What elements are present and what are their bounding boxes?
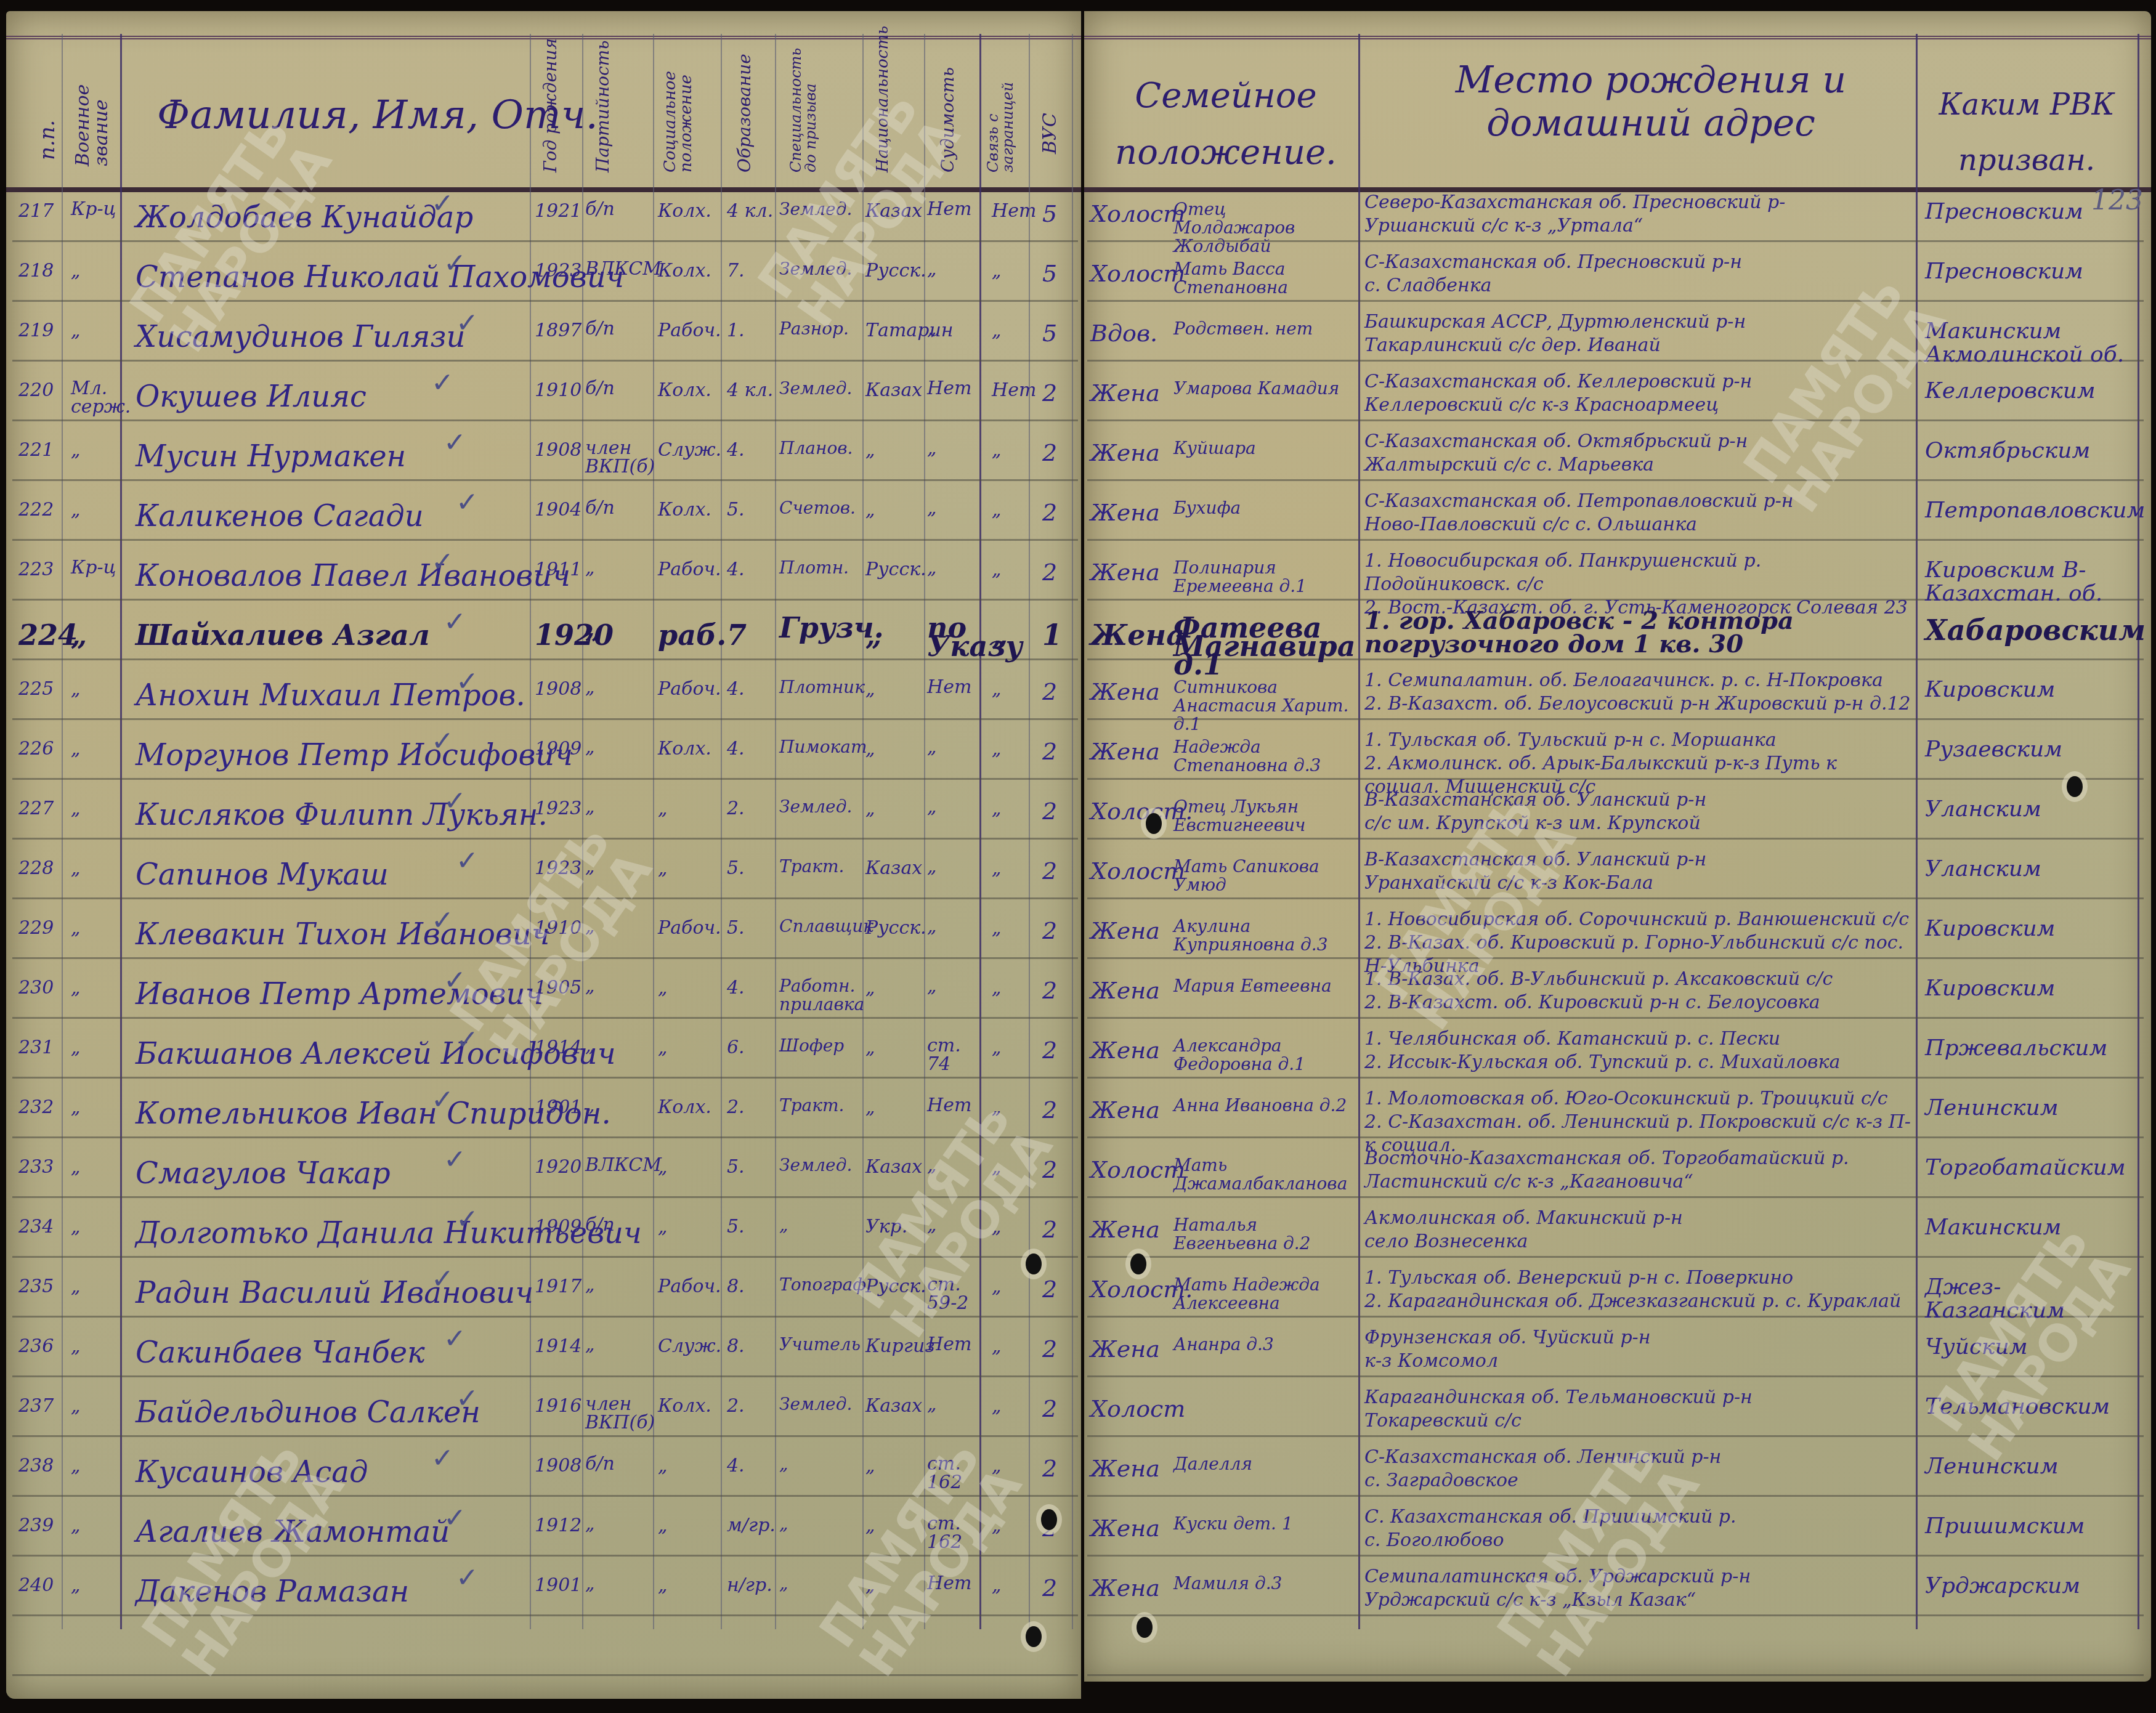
address-line: 1. В-Казах. об. В-Ульбинский р. Аксаковс… [1364,968,1913,991]
row-rule [1087,1495,2144,1497]
cell-conv: ст. 59-2 [927,1276,989,1313]
cell-abroad: „ [992,917,1002,939]
cell-party: „ [585,798,647,816]
cell-conv: Нет [927,200,989,219]
cell-conv: „ [927,798,989,816]
cell-abroad: „ [992,977,1002,998]
cell-family: Жена [1090,559,1160,586]
cell-num: 234 [18,1216,54,1237]
checkmark-icon: ✓ [431,1084,454,1116]
checkmark-icon: ✓ [431,726,454,757]
punch-hole [1026,1626,1042,1647]
cell-edu: 2. [727,798,745,819]
cell-edu: 4. [727,738,745,759]
row-rule [12,539,1078,541]
cell-name: Кусаинов Асад [136,1455,368,1489]
cell-relative: Полинария Еремеевна д.1 [1173,559,1352,596]
checkmark-icon: ✓ [456,1204,479,1235]
cell-rvk: Чуйским [1925,1335,2134,1359]
header-education: Образование [736,37,753,172]
header-abroad: Связь с заграницей [986,37,1015,172]
cell-address: 1. гор. Хабаровск - 2 конторапогрузочног… [1364,609,1913,656]
cell-relative: Мамиля д.3 [1173,1574,1352,1593]
checkmark-icon: ✓ [431,905,454,936]
row-rule [1087,1614,2144,1616]
row-rule [12,1435,1078,1437]
cell-nat: Казах [865,379,922,401]
checkmark-icon: ✓ [431,188,454,219]
row-rule [1087,539,2144,541]
cell-social: „ [658,798,668,819]
cell-rvk: Хабаровским [1925,618,2134,642]
cell-party: „ [585,1276,647,1294]
cell-conv: Нет [927,379,989,398]
cell-family: Вдов. [1090,320,1157,347]
cell-year: 1921 [535,200,582,222]
cell-year: 1910 [535,917,582,939]
cell-abroad: Нет [992,200,1036,222]
address-line: 1. Семипалатин. об. Белоагачинск. р. с. … [1364,669,1913,692]
cell-family: Жена [1090,618,1185,652]
cell-conv: Нет [927,678,989,697]
cell-abroad: „ [992,1216,1002,1237]
punch-hole [1041,1509,1057,1530]
row-rule [12,1375,1078,1377]
address-line: С-Казахстанская об. Петропавловский р-н [1364,490,1913,513]
cell-rvk: Келлеровским [1925,379,2134,403]
cell-spec: Землед. [779,379,859,398]
cell-vus: 2 [1042,1335,1057,1363]
cell-rank: „ [71,1395,81,1417]
cell-social: „ [658,1037,668,1058]
cell-nat: Русск. [865,559,926,580]
cell-party: ВЛКСМ [585,1156,647,1175]
header-party: Партийность [594,37,612,172]
cell-rank: „ [71,917,81,939]
cell-nat: Русск. [865,1276,926,1297]
checkmark-icon: ✓ [444,1323,466,1355]
cell-rvk: Уланским [1925,857,2134,881]
address-line: 1. Новосибирская об. Сорочинский р. Ваню… [1364,908,1913,931]
cell-year: 1923 [535,798,582,819]
column-rule [721,34,722,1629]
cell-name: Моргунов Петр Иосифович [136,738,573,772]
cell-num: 225 [18,678,54,700]
cell-family: Жена [1090,439,1160,466]
header-rank: Военное звание [74,43,111,166]
address-line: С-Казахстанская об. Ленинский р-н [1364,1446,1913,1469]
cell-nat: „ [865,439,875,461]
cell-year: 1916 [535,1395,582,1417]
cell-name: Жолдобаев Кунайдар [136,200,473,235]
row-rule [12,658,1078,660]
cell-social: Служ. [658,439,721,461]
checkmark-icon: ✓ [456,1562,479,1594]
cell-social: Служ. [658,1335,721,1357]
checkmark-icon: ✓ [456,1383,479,1414]
cell-num: 219 [18,320,54,341]
cell-spec: „ [779,1574,859,1593]
cell-abroad: „ [992,1515,1002,1536]
cell-num: 230 [18,977,54,998]
cell-family: Жена [1090,1216,1160,1243]
cell-nat: Русск. [865,260,926,281]
cell-num: 239 [18,1515,54,1536]
cell-name: Клевакин Тихон Иванович [136,917,550,952]
row-rule [12,1674,1078,1676]
cell-edu: 2. [727,1096,745,1118]
cell-party: „ [585,977,647,995]
cell-nat: „ [865,678,875,700]
cell-rvk: Петропавловским [1925,499,2134,522]
cell-conv: „ [927,499,989,517]
cell-address: С-Казахстанская об. Пресновский р-нс. Сл… [1364,251,1913,298]
cell-party: „ [585,1037,647,1055]
cell-address: 1. Тульская об. Венерский р-н с. Поверки… [1364,1266,1913,1313]
cell-spec: Землед. [779,1156,859,1175]
cell-party: „ [585,738,647,756]
cell-spec: Грузч. [779,618,859,637]
cell-abroad: „ [992,678,1002,700]
cell-num: 220 [18,379,54,401]
row-rule [1087,897,2144,899]
cell-abroad: „ [992,1037,1002,1058]
address-line: с. Заградовское [1364,1469,1913,1492]
cell-spec: Плотн. [779,559,859,577]
cell-social: „ [658,1455,668,1476]
cell-num: 233 [18,1156,54,1178]
cell-family: Холост [1090,260,1185,287]
cell-nat: Казах [865,1156,922,1178]
address-line: Жалтырский с/с с. Марьевка [1364,453,1913,477]
cell-family: Холост [1090,857,1185,885]
cell-spec: Землед. [779,200,859,219]
cell-year: 1923 [535,857,582,879]
cell-rank: „ [71,439,81,461]
cell-relative: Мать Васса Степановна [1173,260,1352,297]
cell-abroad: „ [992,1156,1002,1178]
cell-year: 1905 [535,977,582,998]
cell-num: 221 [18,439,54,461]
cell-party: член ВКП(б) [585,439,647,476]
header-rvk: Каким РВК призван. [1922,77,2131,188]
cell-relative: Куйшара [1173,439,1352,458]
row-rule [12,1495,1078,1497]
address-line: Ластинский с/с к-з „Кагановича“ [1364,1170,1913,1194]
address-line: Келлеровский с/с к-з Красноармеец [1364,394,1913,417]
cell-family: Жена [1090,1037,1160,1064]
cell-vus: 2 [1042,1156,1057,1183]
cell-edu: 1. [727,320,745,341]
cell-relative: Акулина Куприяновна д.3 [1173,917,1352,954]
address-line: Уранхайский с/с к-з Кок-Бала [1364,872,1913,895]
cell-year: 1923 [535,260,582,281]
address-line: Такарлинский с/с дер. Иванай [1364,334,1913,357]
cell-vus: 2 [1042,1216,1057,1243]
cell-name: Агалиев Жамонтай [136,1515,450,1549]
cell-rvk: Пришимским [1925,1515,2134,1538]
cell-conv: „ [927,559,989,577]
checkmark-icon: ✓ [456,845,479,877]
cell-vus: 1 [1042,618,1062,652]
cell-rank: „ [71,1515,81,1536]
cell-family: Жена [1090,1335,1160,1363]
cell-name: Смагулов Чакар [136,1156,391,1191]
cell-nat: „ [865,977,875,998]
cell-name: Коновалов Павел Иванович [136,559,570,593]
cell-edu: 5. [727,1216,745,1237]
address-line: погрузочного дом 1 кв. 30 [1364,633,1913,656]
cell-abroad: „ [992,499,1002,520]
cell-rvk: Пржевальским [1925,1037,2134,1060]
cell-rvk: Урджарским [1925,1574,2134,1598]
address-line: Карагандинская об. Тельмановский р-н [1364,1386,1913,1409]
header-vus: ВУС [1041,80,1060,154]
cell-num: 222 [18,499,54,520]
cell-vus: 2 [1042,678,1057,705]
address-line: Фрунзенская об. Чуйский р-н [1364,1326,1913,1350]
address-line: В-Казахстанская об. Уланский р-н [1364,848,1913,872]
row-rule [12,1196,1078,1198]
cell-party: „ [585,559,647,577]
address-line: С. Казахстанская об. Пришимский р. [1364,1505,1913,1529]
cell-abroad: „ [992,1335,1002,1357]
cell-family: Жена [1090,499,1160,526]
row-rule [1087,479,2144,481]
header-family: Семейное положение. [1103,68,1349,181]
cell-address: 1. В-Казах. об. В-Ульбинский р. Аксаковс… [1364,968,1913,1014]
checkmark-icon: ✓ [444,965,466,996]
cell-rank: Кр-ц [71,559,120,577]
address-line: с/с им. Крупской к-з им. Крупской [1364,812,1913,835]
column-rule [1072,34,1073,1629]
cell-rvk: Пресновским [1925,260,2134,283]
cell-abroad: „ [992,1395,1002,1417]
cell-rank: „ [71,798,81,819]
cell-social: Рабоч. [658,1276,721,1297]
checkmark-icon: ✓ [431,367,454,399]
cell-party: „ [585,1515,647,1533]
cell-num: 231 [18,1037,54,1058]
cell-name: Дакенов Рамазан [136,1574,409,1609]
cell-name: Хисамудинов Гилязи [136,320,465,354]
cell-vus: 2 [1042,1574,1057,1602]
cell-nat: „ [865,618,881,652]
row-rule [1087,1555,2144,1557]
address-line: 1. Челябинская об. Катанский р. с. Пески [1364,1027,1913,1051]
address-line: 2. В-Казахст. об. Кировский р-н с. Белоу… [1364,991,1913,1014]
checkmark-icon: ✓ [444,785,466,817]
cell-conv: ст. 162 [927,1515,989,1552]
cell-relative: Мать Джамалбакланова [1173,1156,1352,1193]
cell-spec: Плотник [779,678,859,697]
cell-party: член ВКП(б) [585,1395,647,1432]
cell-spec: Сплавщик [779,917,859,936]
cell-rank: „ [71,857,81,879]
cell-nat: „ [865,1574,875,1596]
cell-nat: „ [865,1455,875,1476]
cell-relative: Далелля [1173,1455,1352,1473]
cell-social: Рабоч. [658,917,721,939]
cell-name: Шайхалиев Азгал [136,618,430,652]
row-rule [12,957,1078,959]
cell-spec: Счетов. [779,499,859,517]
cell-rank: „ [71,678,81,700]
cell-rvk: Кировским [1925,917,2134,941]
address-line: 2. Карагандинская об. Джезказганский р. … [1364,1290,1913,1313]
checkmark-icon: ✓ [444,248,466,279]
cell-conv: Нет [927,1574,989,1593]
address-line: 1. Молотовская об. Юго-Осокинский р. Тро… [1364,1087,1913,1111]
row-rule [12,1256,1078,1258]
cell-num: 224 [18,618,78,652]
cell-social: Колх. [658,499,711,520]
address-line: С-Казахстанская об. Пресновский р-н [1364,251,1913,274]
cell-address: 1. Семипалатин. об. Белоагачинск. р. с. … [1364,669,1913,716]
cell-relative: Мать Сапикова Умюд [1173,857,1352,894]
address-line: 1. Тульская об. Венерский р-н с. Поверки… [1364,1266,1913,1290]
address-line: 1. Новосибирская об. Панкрушенский р. По… [1364,549,1913,596]
cell-social: Колх. [658,1395,711,1417]
cell-spec: Разнор. [779,320,859,338]
cell-conv: „ [927,977,989,995]
cell-abroad: „ [992,320,1002,341]
cell-family: Жена [1090,1455,1160,1482]
cell-abroad: „ [992,798,1002,819]
cell-num: 228 [18,857,54,879]
row-rule [12,897,1078,899]
cell-rank: „ [71,499,81,520]
cell-rvk: Кировским В-Казахстан. об. [1925,559,2134,605]
cell-vus: 2 [1042,1096,1057,1124]
cell-num: 223 [18,559,54,580]
cell-conv: „ [927,1395,989,1414]
cell-party: „ [585,1335,647,1354]
cell-num: 235 [18,1276,54,1297]
cell-year: 1914 [535,1335,582,1357]
cell-social: Колх. [658,260,711,281]
address-line: Токаревский с/с [1364,1409,1913,1433]
cell-nat: Казах [865,1395,922,1417]
cell-nat: Казах [865,200,922,222]
cell-edu: 4. [727,559,745,580]
cell-name: Мусин Нурмакен [136,439,406,474]
cell-family: Жена [1090,1515,1160,1542]
column-rule [1029,34,1030,1629]
cell-nat: „ [865,738,875,759]
cell-party: „ [585,1574,647,1593]
cell-rank: „ [71,618,87,652]
cell-family: Холост [1090,1156,1185,1183]
cell-edu: 4 кл. [727,379,773,401]
cell-family: Холост [1090,1395,1185,1422]
cell-address: С-Казахстанская об. Келлеровский р-нКелл… [1364,370,1913,417]
cell-social: „ [658,857,668,879]
cell-vus: 5 [1042,260,1057,287]
cell-edu: 7. [727,260,745,281]
cell-nat: Киргиз [865,1335,935,1357]
cell-rank: „ [71,1574,81,1596]
cell-conv: „ [927,320,989,338]
cell-abroad: Нет [992,379,1036,401]
cell-relative: Ананра д.3 [1173,1335,1352,1354]
column-rule [1916,34,1918,1629]
cell-edu: 5. [727,499,745,520]
cell-year: 1908 [535,1455,582,1476]
cell-address: Башкирская АССР, Дуртюленский р-нТакарли… [1364,310,1913,357]
cell-rank: „ [71,1455,81,1476]
cell-family: Жена [1090,1574,1160,1602]
header-social: Социальное положение [662,37,694,172]
cell-num: 240 [18,1574,54,1596]
cell-rvk: Тельмановским [1925,1395,2134,1419]
cell-rvk: Макинским Акмолинской об. [1925,320,2134,366]
address-line: Ново-Павловский с/с с. Ольшанка [1364,513,1913,537]
checkmark-icon: ✓ [456,487,479,518]
cell-rank: Кр-ц [71,200,120,219]
cell-name: Байдельдинов Салкен [136,1395,480,1430]
cell-nat: Укр. [865,1216,907,1237]
row-rule [12,718,1078,720]
cell-social: Колх. [658,738,711,759]
cell-vus: 2 [1042,1276,1057,1303]
cell-relative: Отец Молдажаров Жолдыбай [1173,200,1352,256]
cell-social: Рабоч. [658,678,721,700]
address-line: 2. В-Казахст. об. Белоусовский р-н Жиров… [1364,692,1913,716]
address-line: С-Казахстанская об. Октябрьский р-н [1364,430,1913,453]
punch-hole [1026,1253,1042,1274]
cell-rvk: Джез-Казганским [1925,1276,2134,1322]
cell-rvk: Ленинским [1925,1096,2134,1120]
cell-year: 1910 [535,379,582,401]
cell-name: Окушев Илияс [136,379,367,414]
checkmark-icon: ✓ [456,307,479,339]
row-rule [1087,1077,2144,1079]
cell-abroad: „ [992,1276,1002,1297]
cell-vus: 2 [1042,917,1057,944]
cell-address: Акмолинская об. Макинский р-нсело Вознес… [1364,1207,1913,1253]
cell-vus: 2 [1042,499,1057,526]
cell-year: 1912 [535,1515,582,1536]
cell-party: ВЛКСМ [585,260,647,278]
cell-relative: Бухифа [1173,499,1352,517]
cell-edu: н/гр. [727,1574,772,1596]
cell-address: С-Казахстанская об. Петропавловский р-нН… [1364,490,1913,537]
cell-spec: Шофер [779,1037,859,1055]
header-name: Фамилия, Имя, Отч. [157,92,598,138]
header-num: п.п. [37,43,58,160]
cell-address: С-Казахстанская об. Ленинский р-нс. Загр… [1364,1446,1913,1492]
row-rule [12,1136,1078,1138]
cell-relative: Родствен. нет [1173,320,1352,338]
cell-relative: Надежда Степановна д.3 [1173,738,1352,775]
cell-abroad: „ [992,439,1002,461]
cell-social: Колх. [658,200,711,222]
row-rule [1087,1375,2144,1377]
cell-social: „ [658,1216,668,1237]
cell-party: б/п [585,200,647,219]
cell-rank: „ [71,1216,81,1237]
cell-nat: Казах [865,857,922,879]
cell-party: б/п [585,379,647,398]
cell-name: Сапинов Мукаш [136,857,389,892]
row-rule [1087,1256,2144,1258]
cell-edu: 2. [727,1395,745,1417]
cell-edu: 4 кл. [727,200,773,222]
cell-vus: 5 [1042,320,1057,347]
cell-vus: 2 [1042,798,1057,825]
checkmark-icon: ✓ [444,1144,466,1175]
